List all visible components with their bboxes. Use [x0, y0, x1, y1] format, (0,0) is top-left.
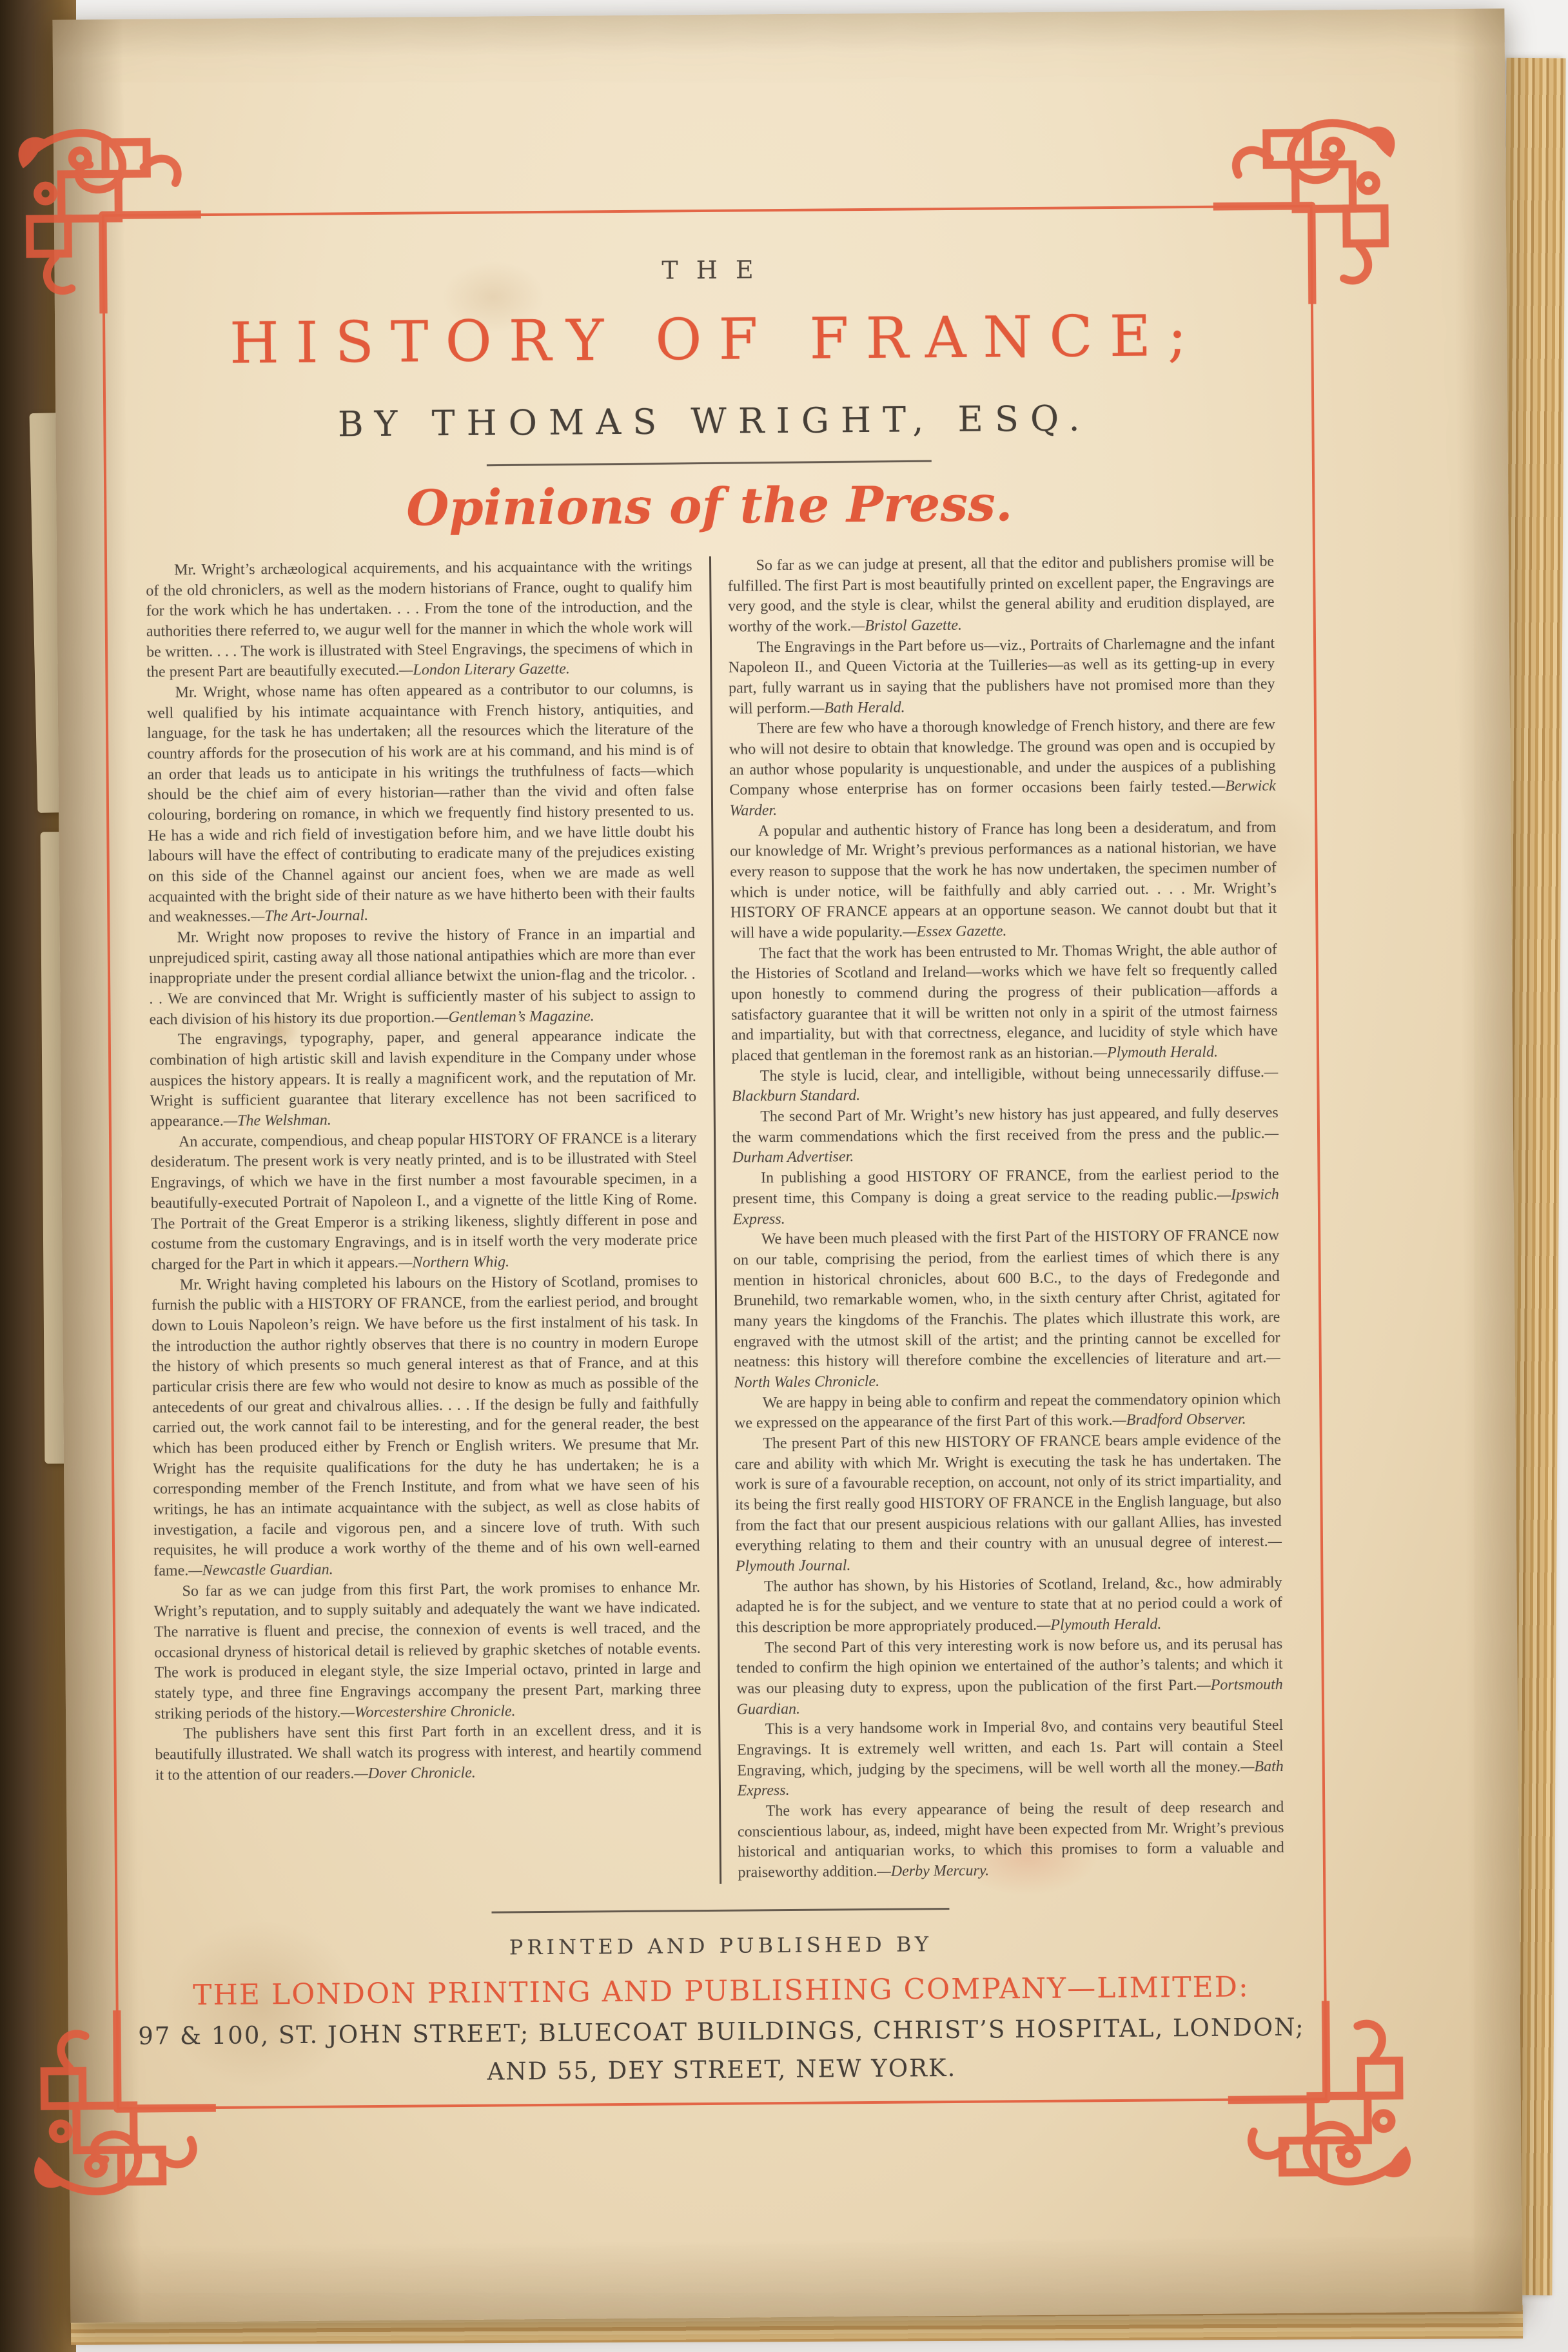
printed-by-line: PRINTED AND PUBLISHED BY: [115, 1928, 1326, 1963]
quote-source: —Plymouth Herald.: [1037, 1616, 1162, 1634]
press-quote: The present Part of this new HISTORY OF …: [734, 1430, 1282, 1577]
printed-page: THE HISTORY OF FRANCE; BY THOMAS WRIGHT,…: [52, 8, 1522, 2323]
page-content: THE HISTORY OF FRANCE; BY THOMAS WRIGHT,…: [102, 205, 1329, 2323]
byline-rule: [487, 460, 932, 467]
publisher-line: THE LONDON PRINTING AND PUBLISHING COMPA…: [115, 1970, 1326, 2012]
quote-text: We have been much pleased with the first…: [733, 1227, 1280, 1371]
quote-source: —Dover Chronicle.: [354, 1764, 476, 1781]
quote-source: —Essex Gazette.: [903, 923, 1006, 940]
quote-text: Mr. Wright, whose name has often appeare…: [147, 680, 695, 926]
press-quote: The publishers have sent this first Part…: [155, 1720, 701, 1786]
quote-text: There are few who have a thorough knowle…: [729, 716, 1276, 799]
press-quote: Mr. Wright now proposes to revive the hi…: [148, 924, 696, 1030]
quote-text: The work has every appearance of being t…: [738, 1799, 1284, 1881]
imprint-footer: PRINTED AND PUBLISHED BY THE LONDON PRIN…: [115, 1905, 1327, 2088]
press-quote: The second Part of Mr. Wright’s new hist…: [732, 1103, 1279, 1169]
press-quote: The second Part of this very interesting…: [736, 1634, 1283, 1720]
quote-source: —Plymouth Herald.: [1093, 1044, 1219, 1062]
byline: BY THOMAS WRIGHT, ESQ.: [103, 397, 1314, 447]
press-quote: In publishing a good HISTORY OF FRANCE, …: [732, 1164, 1279, 1230]
quote-source: —Worcestershire Chronicle.: [340, 1703, 515, 1721]
quote-text: The present Part of this new HISTORY OF …: [734, 1431, 1281, 1554]
footer-rule: [491, 1908, 949, 1914]
quote-text: The author has shown, by his Histories o…: [736, 1574, 1282, 1636]
quote-source: —Northern Whig.: [398, 1253, 509, 1271]
quote-source: —Newcastle Guardian.: [188, 1561, 333, 1579]
section-heading: Opinions of the Press.: [104, 473, 1315, 540]
press-quote: Mr. Wright’s archæological acquirements,…: [146, 556, 693, 683]
quote-source: —The Welshman.: [224, 1112, 331, 1130]
quote-source: —Derby Mercury.: [877, 1863, 989, 1880]
quote-source: —Bristol Gazette.: [851, 617, 962, 634]
edge-shadow: [52, 8, 1504, 59]
quote-text: Mr. Wright having completed his labours …: [152, 1273, 700, 1580]
quote-text: So far as we can judge at present, all t…: [728, 553, 1275, 636]
quote-text: The second Part of Mr. Wright’s new hist…: [732, 1104, 1278, 1146]
press-quote: Mr. Wright, whose name has often appeare…: [146, 679, 694, 928]
press-quote: We have been much pleased with the first…: [733, 1226, 1280, 1393]
page-title: HISTORY OF FRANCE;: [103, 302, 1314, 378]
quote-text: This is a very handsome work in Imperial…: [737, 1717, 1284, 1779]
quote-source: —Bath Herald.: [810, 699, 905, 716]
quote-source: —Bradford Observer.: [1112, 1411, 1246, 1429]
press-quote: We are happy in being able to confirm an…: [734, 1389, 1281, 1435]
quote-text: So far as we can judge from this first P…: [154, 1579, 701, 1723]
address-line-1: 97 & 100, ST. JOHN STREET; BLUECOAT BUIL…: [116, 2013, 1327, 2050]
quote-text: An accurate, compendious, and cheap popu…: [150, 1130, 698, 1273]
press-quote: The Engravings in the Part before us—viz…: [728, 634, 1275, 720]
left-column: Mr. Wright’s archæological acquirements,…: [129, 556, 720, 1888]
press-quote: An accurate, compendious, and cheap popu…: [150, 1128, 698, 1275]
quote-source: —The Art-Journal.: [251, 908, 368, 925]
right-column: So far as we can judge at present, all t…: [709, 552, 1301, 1884]
quote-source: —London Literary Gazette.: [399, 661, 570, 679]
press-quote: The author has shown, by his Histories o…: [736, 1573, 1282, 1639]
press-columns: Mr. Wright’s archæological acquirements,…: [129, 552, 1301, 1888]
quote-text: The style is lucid, clear, and intelligi…: [760, 1064, 1264, 1084]
press-quote: The work has every appearance of being t…: [738, 1798, 1284, 1883]
address-line-2: AND 55, DEY STREET, NEW YORK.: [116, 2051, 1327, 2088]
pretitle: THE: [102, 251, 1313, 289]
press-quote: So far as we can judge from this first P…: [153, 1578, 701, 1725]
quote-source: —Gentleman’s Magazine.: [435, 1008, 594, 1026]
press-quote: There are few who have a thorough knowle…: [729, 715, 1276, 821]
press-quote: The engravings, typography, paper, and g…: [150, 1026, 697, 1133]
press-quote: The style is lucid, clear, and intelligi…: [732, 1063, 1279, 1108]
press-quote: So far as we can judge at present, all t…: [727, 552, 1274, 638]
quote-text: In publishing a good HISTORY OF FRANCE, …: [732, 1166, 1279, 1207]
press-quote: A popular and authentic history of Franc…: [730, 818, 1277, 945]
press-quote: Mr. Wright having completed his labours …: [152, 1271, 700, 1582]
press-quote: This is a very handsome work in Imperial…: [737, 1716, 1284, 1801]
book-photo: THE HISTORY OF FRANCE; BY THOMAS WRIGHT,…: [0, 0, 1568, 2352]
press-quote: The fact that the work has been entruste…: [730, 940, 1278, 1067]
quote-text: Mr. Wright now proposes to revive the hi…: [149, 925, 696, 1028]
